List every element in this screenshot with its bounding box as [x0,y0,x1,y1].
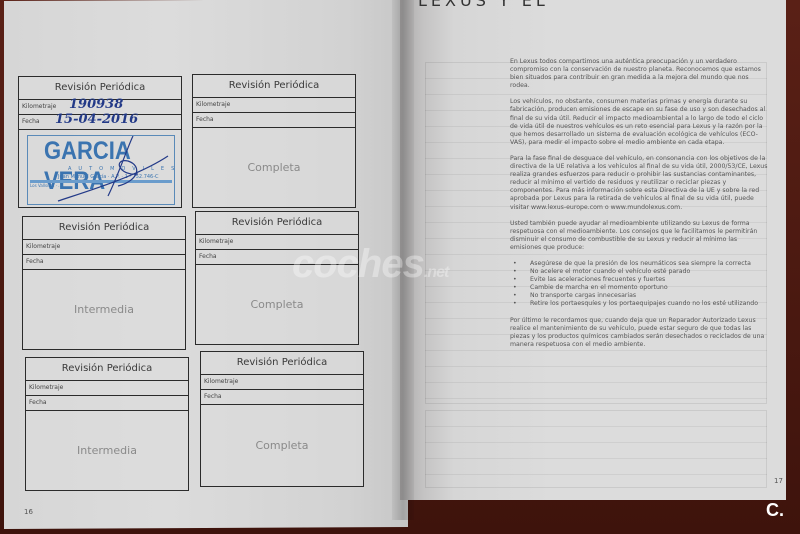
revision-type: Completa [193,127,355,207]
tip-item: Retire los portaesquíes y los portaequip… [510,300,768,308]
card-title: Revisión Periódica [26,358,188,381]
revision-card-6: Revisión Periódica Kilometraje Fecha Com… [200,351,364,487]
signature-icon [48,136,198,206]
tip-item: Cambie de marcha en el momento oportuno [510,284,768,292]
date-label: Fecha [196,116,214,123]
revision-card-1: Revisión Periódica Kilometraje190938 Fec… [18,76,182,208]
revision-type: Completa [201,404,363,486]
paragraph-4: Usted también puede ayudar al medioambie… [510,220,768,252]
card-title: Revisión Periódica [193,75,355,98]
km-label: Kilometraje [204,378,238,385]
date-label: Fecha [204,393,222,400]
tip-item: Asegúrese de que la presión de los neumá… [510,260,768,268]
fecha-row: Fecha15-04-2016 [19,115,181,130]
fecha-row: Fecha [193,113,355,128]
kilometraje-row: Kilometraje [23,240,185,255]
paragraph-2: Los vehículos, no obstante, consumen mat… [510,98,768,147]
fecha-row: Fecha [26,396,188,411]
watermark-main: coches [292,242,424,286]
tip-item: No acelere el motor cuando el vehículo e… [510,268,768,276]
date-label: Fecha [199,253,217,260]
tip-item: Evite las aceleraciones frecuentes y fue… [510,276,768,284]
watermark-suffix: .net [424,264,448,281]
kilometraje-row: Kilometraje [201,375,363,390]
revision-type: Intermedia [23,269,185,349]
km-handwritten-value: 190938 [69,98,123,112]
watermark: coches.net [292,242,448,287]
fecha-row: Fecha [201,390,363,405]
dealer-stamp: GARCIA VERA AUTOMOVILES Juan Manuel Garc… [27,135,175,205]
right-page-number: 17 [774,477,783,485]
kilometraje-row: Kilometraje [26,381,188,396]
km-label: Kilometraje [26,243,60,250]
km-label: Kilometraje [196,101,230,108]
date-label: Fecha [22,118,40,125]
km-label: Kilometraje [29,384,63,391]
km-label: Kilometraje [199,238,233,245]
environment-text: En Lexus todos compartimos una auténtica… [510,58,768,357]
section-header: LEXUS Y EL [418,0,549,10]
paragraph-3: Para la fase final de desguace del vehíc… [510,155,768,212]
left-page-number: 16 [24,508,33,516]
date-handwritten-value: 15-04-2016 [55,113,138,127]
closing-paragraph: Por último le recordamos que, cuando dej… [510,317,768,349]
notes-grid-lower [425,410,767,488]
km-label: Kilometraje [22,103,56,110]
card-body: GARCIA VERA AUTOMOVILES Juan Manuel Garc… [19,129,181,207]
fecha-row: Fecha [23,255,185,270]
tips-list: Asegúrese de que la presión de los neumá… [510,260,768,309]
date-label: Fecha [29,399,47,406]
card-title: Revisión Periódica [23,217,185,240]
revision-card-3: Revisión Periódica Kilometraje Fecha Int… [22,216,186,350]
paragraph-1: En Lexus todos compartimos una auténtica… [510,58,768,90]
kilometraje-row: Kilometraje [193,98,355,113]
corner-logo: C. [766,500,784,521]
card-title: Revisión Periódica [196,212,358,235]
revision-card-2: Revisión Periódica Kilometraje Fecha Com… [192,74,356,208]
date-label: Fecha [26,258,44,265]
revision-card-5: Revisión Periódica Kilometraje Fecha Int… [25,357,189,491]
card-title: Revisión Periódica [201,352,363,375]
revision-type: Intermedia [26,410,188,490]
